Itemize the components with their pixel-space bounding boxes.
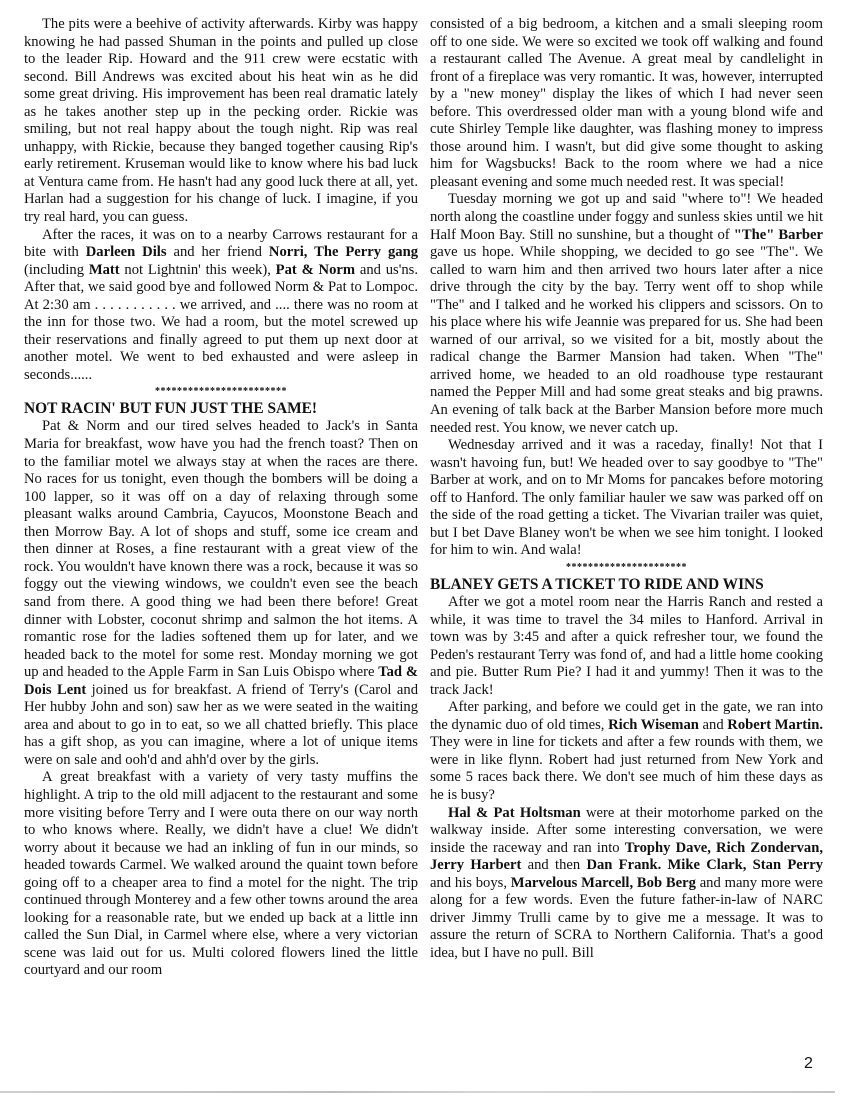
paragraph-after-parking: After parking, and before we could get i… xyxy=(430,699,823,804)
name-hal-pat-holtsman: Hal & Pat Holtsman xyxy=(448,805,581,821)
section-headline: NOT RACIN' BUT FUN JUST THE SAME! xyxy=(24,399,418,418)
name-pat-norm: Pat & Norm xyxy=(276,262,355,278)
name-rich-wiseman: Rich Wiseman xyxy=(608,717,699,733)
paragraph-after-races: After the races, it was on to a nearby C… xyxy=(24,227,418,385)
name-darleen-dils: Darleen Dils xyxy=(86,244,167,260)
name-matt: Matt xyxy=(89,262,120,278)
right-column: consisted of a big bedroom, a kitchen an… xyxy=(430,16,823,962)
paragraph-holtsman: Hal & Pat Holtsman were at their motorho… xyxy=(430,805,823,963)
paragraph-great-breakfast: A great breakfast with a variety of very… xyxy=(24,769,418,980)
name-the-barber: "The" Barber xyxy=(734,227,823,243)
names-dan-frank-group: Dan Frank. Mike Clark, Stan Perry xyxy=(586,857,823,873)
name-norri-perry-gang: Norri, The Perry gang xyxy=(269,244,418,260)
left-column: The pits were a beehive of activity afte… xyxy=(24,16,418,980)
paragraph-tuesday: Tuesday morning we got up and said "wher… xyxy=(430,191,823,437)
page-number: 2 xyxy=(804,1055,813,1073)
name-robert-martin: Robert Martin. xyxy=(727,717,823,733)
section-separator: ************************ xyxy=(24,384,418,398)
section-separator: ********************** xyxy=(430,560,823,574)
paragraph-pat-norm-breakfast: Pat & Norm and our tired selves headed t… xyxy=(24,418,418,769)
scan-bottom-edge xyxy=(0,1091,835,1093)
paragraph-pits: The pits were a beehive of activity afte… xyxy=(24,16,418,227)
names-marcell-berg: Marvelous Marcell, Bob Berg xyxy=(511,875,696,891)
newsletter-page: The pits were a beehive of activity afte… xyxy=(0,0,850,1100)
paragraph-continued-room: consisted of a big bedroom, a kitchen an… xyxy=(430,16,823,191)
section-headline: BLANEY GETS A TICKET TO RIDE AND WINS xyxy=(430,575,823,594)
paragraph-wednesday: Wednesday arrived and it was a raceday, … xyxy=(430,437,823,560)
paragraph-motel-harris-ranch: After we got a motel room near the Harri… xyxy=(430,594,823,699)
